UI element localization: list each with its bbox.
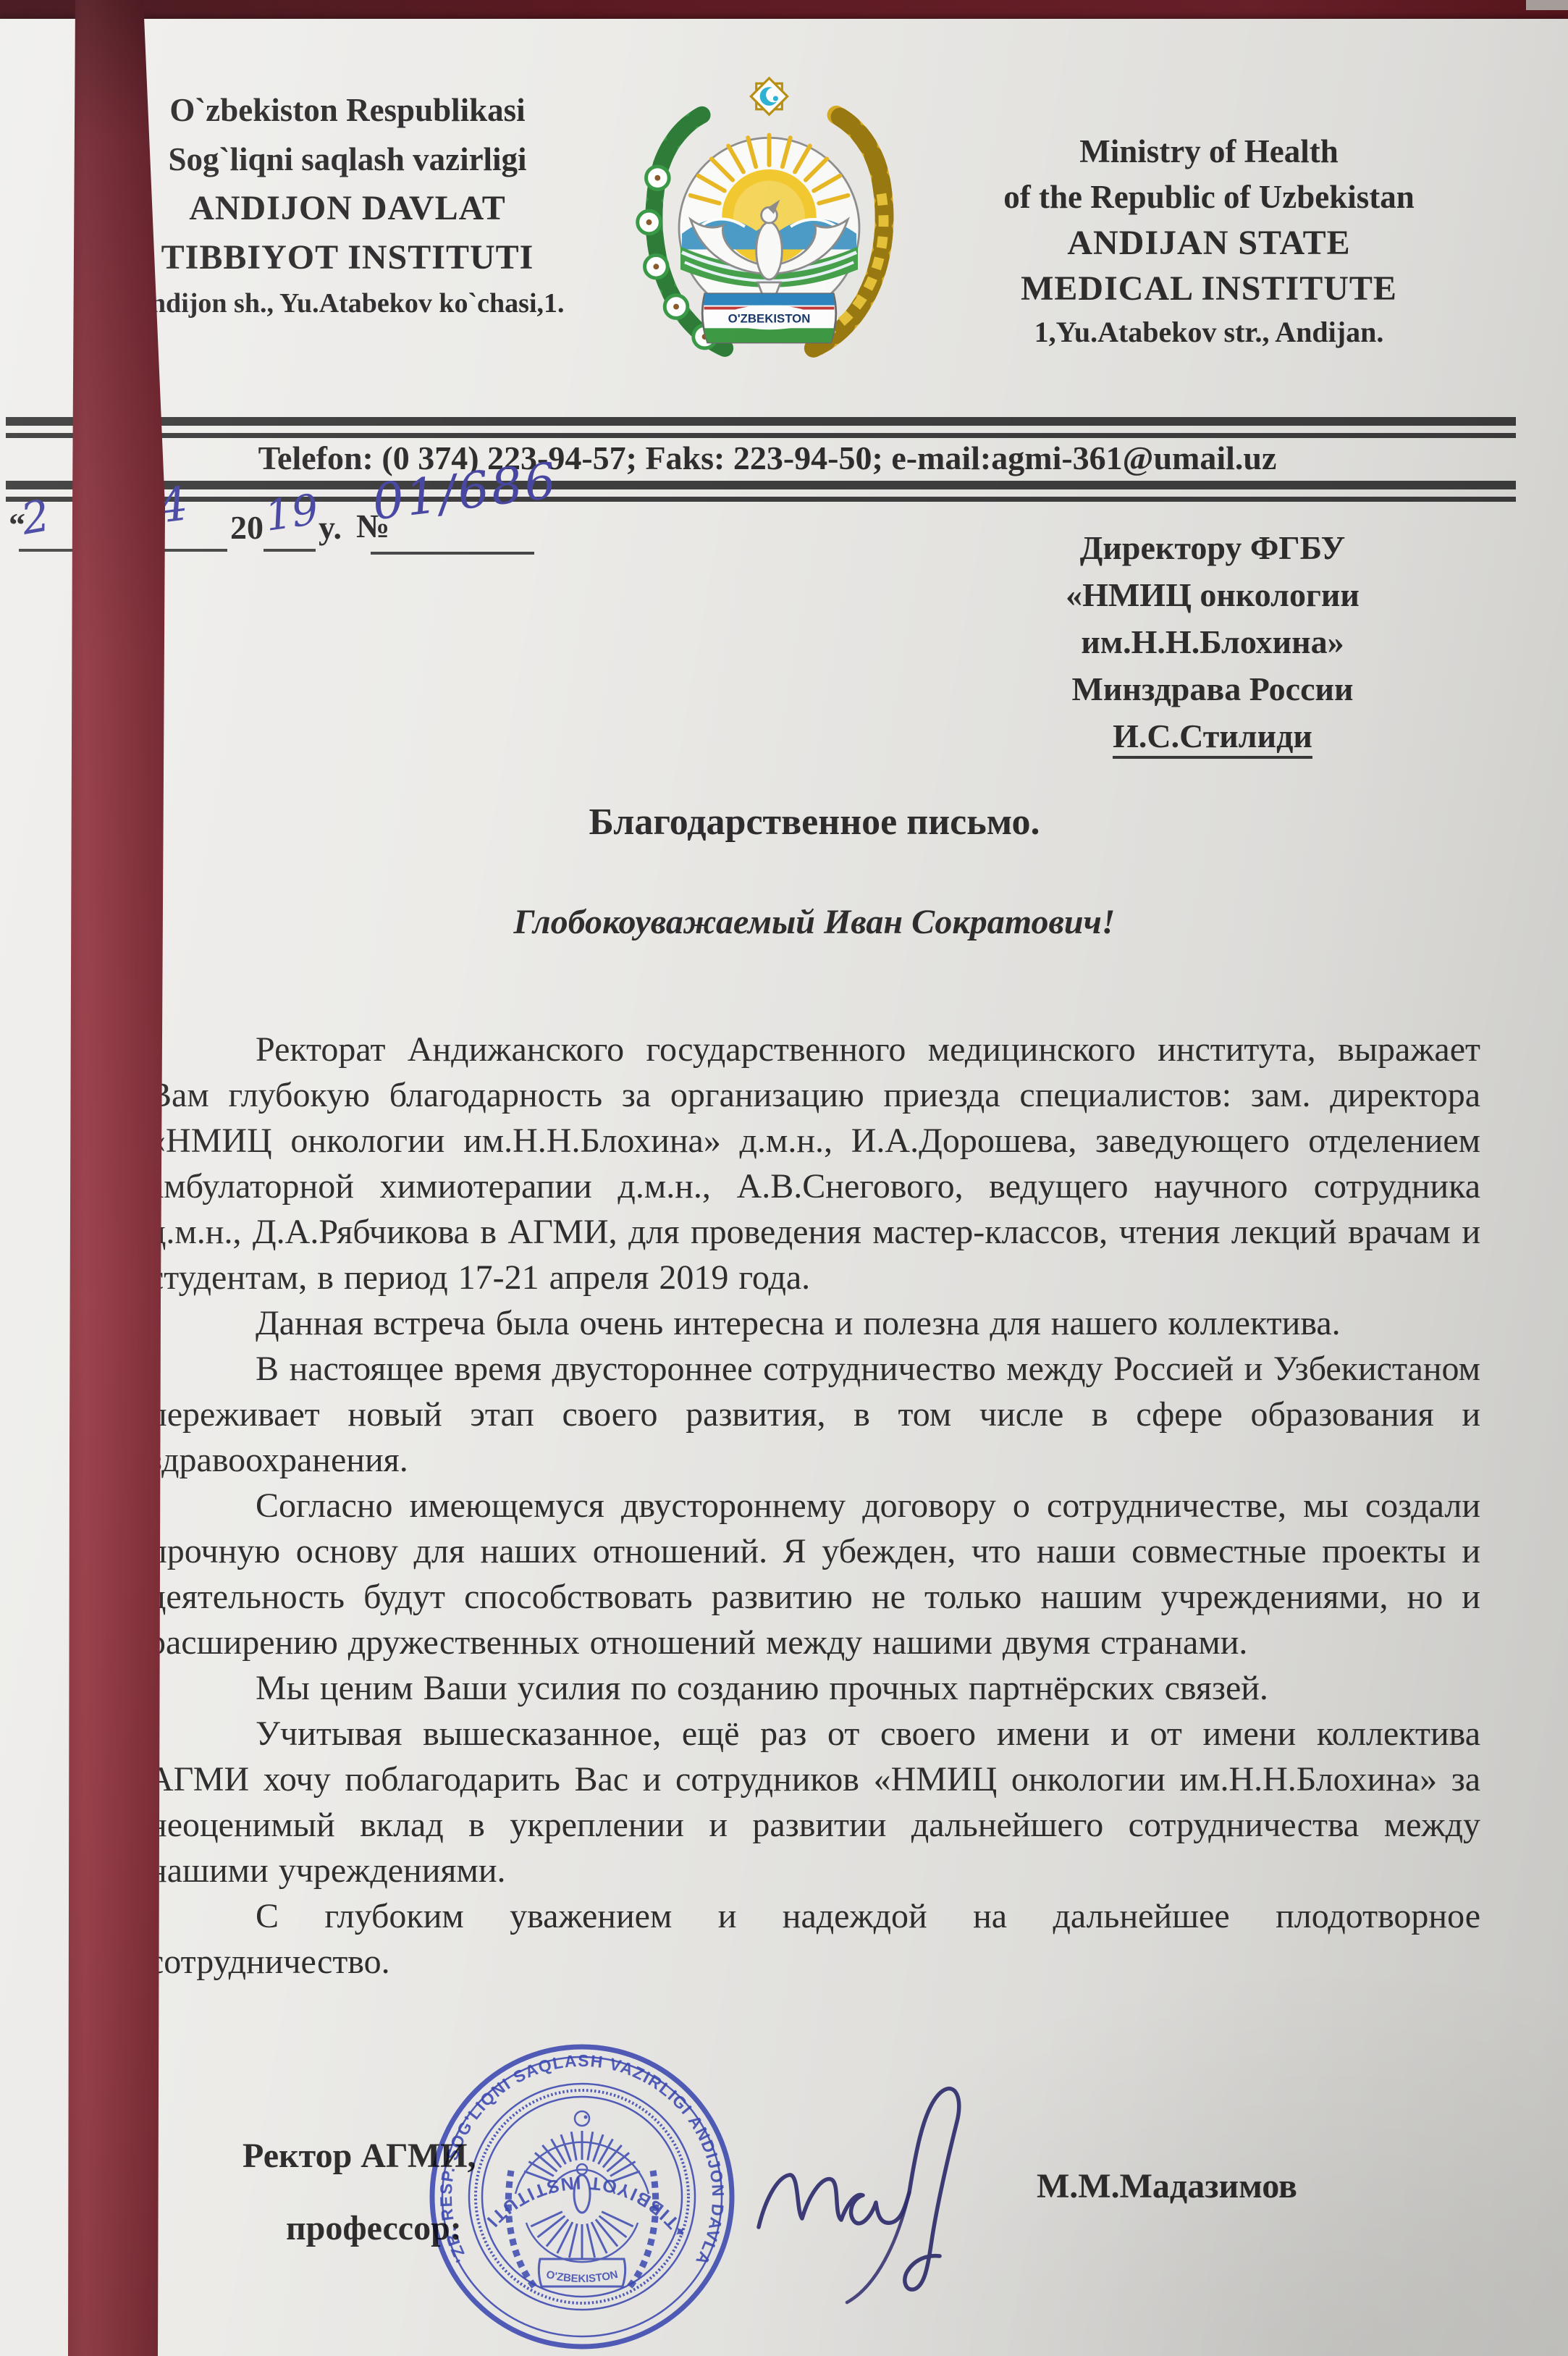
recipient-block: Директору ФГБУ «НМИЦ онкологии им.Н.Н.Бл… xyxy=(999,524,1426,760)
body-paragraph: В настоящее время двустороннее сотруднич… xyxy=(148,1346,1480,1483)
emblem-banner-text: O'ZBEKISTON xyxy=(728,311,811,325)
org-address-en: 1,Yu.Atabekov str., Andijan. xyxy=(956,311,1462,353)
official-stamp-icon: O'ZB. RESP. SOG'LIQNI SAQLASH VAZIRLIGI … xyxy=(426,2040,738,2353)
emblem-banner: O'ZBEKISTON xyxy=(702,294,836,342)
divider-rule xyxy=(6,433,1516,438)
svg-text:TIBBIYOT INSTITUTI: TIBBIYOT INSTITUTI xyxy=(481,2172,683,2232)
recipient-name: И.С.Стилиди xyxy=(1113,718,1312,759)
star-crescent-icon xyxy=(751,78,787,114)
body-paragraph: Согласно имеющемуся двустороннему догово… xyxy=(148,1483,1480,1665)
recipient-line: «НМИЦ онкологии xyxy=(999,571,1426,618)
fill-in-line xyxy=(371,552,534,555)
stamp-ring-text-bottom: TIBBIYOT INSTITUTI xyxy=(481,2172,683,2232)
body-paragraph: Ректорат Андижанского государственного м… xyxy=(148,1027,1480,1300)
salutation: Глобокоуважаемый Иван Сократович! xyxy=(148,902,1480,942)
divider-rule xyxy=(6,497,1516,502)
letter-body: Ректорат Андижанского государственного м… xyxy=(148,1027,1480,1985)
year-suffix: y. xyxy=(319,508,342,547)
recipient-line: Директору ФГБУ xyxy=(999,524,1426,571)
body-paragraph: Данная встреча была очень интересна и по… xyxy=(148,1300,1480,1346)
signer-name: М.М.Мадазимов xyxy=(1037,2166,1297,2206)
body-paragraph: Мы ценим Ваши усилия по созданию прочных… xyxy=(148,1665,1480,1711)
recipient-line: им.Н.Н.Блохина» xyxy=(999,618,1426,665)
org-name-en-line: MEDICAL INSTITUTE xyxy=(956,266,1462,311)
printed-year-prefix: 20 xyxy=(230,508,264,547)
body-paragraph: С глубоким уважением и надеждой на дальн… xyxy=(148,1893,1480,1985)
letter-title: Благодарственное письмо. xyxy=(148,801,1480,843)
svg-text:O'ZBEKISTON: O'ZBEKISTON xyxy=(545,2268,619,2285)
org-name-en-line: Ministry of Health xyxy=(956,129,1462,174)
stamp-banner-text: O'ZBEKISTON xyxy=(545,2268,619,2285)
rector-signature-icon xyxy=(738,2069,1057,2315)
uzbekistan-coat-of-arms-icon: O'ZBEKISTON xyxy=(619,67,919,376)
body-paragraph: Учитывая вышесказанное, ещё раз от своег… xyxy=(148,1711,1480,1893)
scanned-letter-photo: O`zbekiston Respublikasi Sog`liqni saqla… xyxy=(0,0,1568,2356)
contact-line: Telefon: (0 374) 223-94-57; Faks: 223-94… xyxy=(29,439,1506,477)
org-name-en-line: ANDIJAN STATE xyxy=(956,220,1462,266)
fill-in-line xyxy=(264,549,316,552)
recipient-line: Минздрава России xyxy=(999,665,1426,712)
letterhead-right-column: Ministry of Health of the Republic of Uz… xyxy=(956,129,1462,353)
handwritten-year: 19 xyxy=(262,484,322,541)
org-name-en-line: of the Republic of Uzbekistan xyxy=(956,174,1462,220)
divider-rule xyxy=(6,417,1516,426)
divider-rule xyxy=(6,481,1516,489)
background-corner-patch xyxy=(1526,0,1568,10)
